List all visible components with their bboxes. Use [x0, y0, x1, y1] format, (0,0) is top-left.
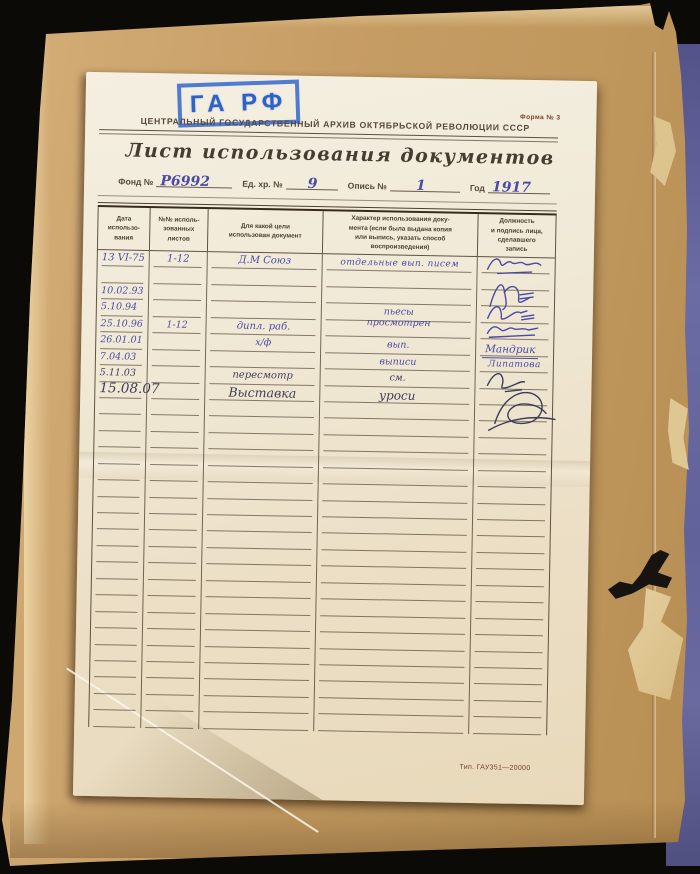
cell-date: [95, 414, 147, 431]
cell-purpose: Д.М Союз: [208, 252, 323, 271]
handwritten-sheets: 1-12: [148, 317, 205, 334]
signature-scribble-d: [484, 320, 538, 341]
cell-date: [89, 694, 141, 711]
cell-sheets: [144, 563, 202, 580]
cell-date: [91, 628, 143, 645]
cell-signature: [470, 684, 547, 702]
handwritten-purpose: Выставка: [205, 384, 319, 402]
cell-character: [314, 714, 469, 733]
cell-date: [92, 562, 144, 579]
cell-sheets: [148, 333, 206, 350]
cell-purpose: [201, 630, 316, 649]
print-imprint: Тип. ГАУ351—20000: [459, 764, 530, 772]
year-field: 1917: [488, 178, 550, 194]
cell-sheets: [142, 662, 200, 679]
cell-signature: [473, 504, 550, 522]
cell-sheets: [146, 432, 204, 449]
cell-date: 5.10.94: [97, 299, 149, 316]
stamp-text: ГА РФ: [190, 88, 288, 119]
folder-bottom-shadow: [10, 800, 690, 858]
cell-date: 13 VI-75: [98, 250, 150, 267]
signature-scribble-a: [486, 254, 544, 277]
handwritten-character: отдельные вып. писем: [323, 254, 477, 273]
cell-date: [94, 431, 146, 448]
handwritten-date: 25.10.96: [96, 316, 147, 333]
cell-date: 10.02.93: [97, 283, 149, 300]
fond-label: Фонд №: [118, 176, 153, 187]
cell-date: 25.10.96: [96, 316, 148, 333]
cell-signature: [474, 471, 551, 489]
cell-purpose: х/ф: [206, 334, 321, 353]
cell-date: 7.04.03: [96, 349, 148, 366]
cell-sheets: [143, 613, 201, 630]
handwritten-date: 15.08.07: [95, 380, 146, 397]
handwritten-date: 26.01.01: [96, 332, 147, 349]
cell-sheets: [144, 547, 202, 564]
cell-signature: [476, 323, 553, 341]
year-label: Год: [470, 183, 485, 193]
cell-signature: [471, 635, 548, 653]
col-header-purpose: Для какой цели использован документ: [208, 209, 324, 253]
handwritten-sheets: 1-12: [150, 251, 207, 268]
folder-edge-highlight: [24, 34, 50, 844]
cell-signature: [470, 668, 547, 686]
col-header-date: Дата использо- вания: [98, 207, 151, 250]
cell-sheets: [149, 284, 207, 301]
fond-number-handwritten: Р6992: [160, 173, 210, 190]
cell-date: [94, 447, 146, 464]
col-header-sheets: №№ исполь- зованных листов: [150, 208, 209, 251]
cell-date: [90, 677, 142, 694]
cell-date: 15.08.07: [95, 382, 147, 399]
cell-date: [91, 595, 143, 612]
cell-date: [92, 579, 144, 596]
fond-field: Р6992: [156, 172, 232, 188]
cell-sheets: [142, 678, 200, 695]
col-header-character: Характер использования доку- мента (если…: [323, 211, 479, 256]
cell-purpose: [202, 531, 317, 550]
inventory-label: Опись №: [348, 181, 387, 192]
cell-date: [93, 480, 145, 497]
cell-date: [97, 266, 149, 283]
usage-table-body: 13 VI-751-12Д.М Союзотдельные вып. писем…: [88, 250, 556, 735]
handwritten-purpose: Д.М Союз: [208, 252, 322, 270]
handwritten-date: 7.04.03: [96, 349, 147, 366]
cell-purpose: [199, 696, 314, 715]
cell-sheets: 1-12: [150, 251, 208, 268]
cell-date: [95, 398, 147, 415]
cell-date: [92, 546, 144, 563]
usage-table: Дата использо- вания №№ исполь- зованных…: [88, 202, 557, 735]
cell-sheets: [142, 645, 200, 662]
cell-sheets: [148, 350, 206, 367]
cell-character: отдельные вып. писем: [323, 254, 478, 273]
handwritten-purpose: пересмотр: [206, 367, 320, 385]
inventory-number-handwritten: 1: [416, 178, 426, 194]
cell-date: [90, 661, 142, 678]
unit-number-handwritten: 9: [308, 176, 318, 192]
cell-signature: [473, 487, 550, 505]
cell-signature: [472, 569, 549, 587]
document-sheet: ГА РФ Форма № 3 ЦЕНТРАЛЬНЫЙ ГОСУДАРСТВЕН…: [73, 72, 597, 805]
cell-sheets: [146, 465, 204, 482]
scanned-archive-page: ГА РФ Форма № 3 ЦЕНТРАЛЬНЫЙ ГОСУДАРСТВЕН…: [0, 0, 700, 874]
cell-signature: [473, 520, 550, 538]
cell-date: [93, 497, 145, 514]
cell-date: [90, 644, 142, 661]
cell-signature: [470, 651, 547, 669]
cell-signature: [472, 586, 549, 604]
cell-purpose: [206, 351, 321, 370]
cell-signature: [474, 454, 551, 472]
cell-sheets: [141, 695, 199, 712]
cell-date: 26.01.01: [96, 332, 148, 349]
cell-date: [94, 464, 146, 481]
cell-signature: [469, 717, 546, 735]
handwritten-date: 5.10.94: [97, 299, 148, 316]
cell-signature: [469, 701, 546, 719]
cell-sheets: 1-12: [148, 317, 206, 334]
year-handwritten: 1917: [492, 179, 531, 196]
cell-sheets: [145, 514, 203, 531]
cell-date: [89, 710, 141, 727]
cell-signature: [472, 553, 549, 571]
document-title: Лист использования документов: [85, 139, 596, 170]
handwritten-character: просмотрен: [321, 314, 475, 333]
handwritten-purpose: дипл. раб.: [206, 318, 320, 336]
cell-signature: [471, 602, 548, 620]
cell-purpose: [203, 515, 318, 534]
cell-purpose: [204, 449, 319, 468]
cell-sheets: [147, 399, 205, 416]
cell-sheets: [145, 481, 203, 498]
cell-purpose: [201, 614, 316, 633]
cell-signature: [472, 536, 549, 554]
handwritten-date: 13 VI-75: [98, 250, 149, 267]
cell-sheets: [144, 580, 202, 597]
unit-label: Ед. хр. №: [242, 179, 283, 190]
cell-signature: Мандрик: [476, 339, 553, 357]
unit-field: 9: [286, 174, 338, 190]
handwritten-date: 10.02.93: [97, 283, 148, 300]
cell-purpose: [205, 416, 320, 435]
inventory-field: 1: [390, 176, 460, 192]
cell-date: [92, 529, 144, 546]
cell-sheets: [143, 596, 201, 613]
cell-sheets: [149, 300, 207, 317]
cell-date: [91, 612, 143, 629]
cell-sheets: [147, 415, 205, 432]
cell-purpose: Выставка: [205, 384, 320, 403]
signature-scribble-f: [483, 385, 560, 436]
cell-purpose: [204, 433, 319, 452]
form-number: Форма № 3: [520, 114, 560, 122]
cell-date: [93, 513, 145, 530]
cell-signature: [475, 389, 552, 407]
handwritten-character: уроси: [320, 386, 474, 405]
folder-top-highlight: [50, 6, 660, 28]
cell-signature: [478, 257, 555, 275]
cell-signature: [474, 438, 551, 456]
handwritten-purpose: х/ф: [206, 334, 320, 352]
cell-sheets: [143, 629, 201, 646]
cell-purpose: [199, 712, 314, 731]
cell-sheets: [141, 711, 199, 728]
reference-line: Фонд № Р6992 Ед. хр. № 9 Опись № 1 Год 1…: [118, 171, 564, 194]
cell-sheets: [146, 448, 204, 465]
cell-sheets: [149, 267, 207, 284]
col-header-signature: Должность и подпись лица, сделавшего зап…: [478, 214, 556, 257]
cell-signature: [471, 619, 548, 637]
cell-sheets: [145, 498, 203, 515]
cell-character: уроси: [320, 386, 475, 405]
cell-sheets: [144, 530, 202, 547]
